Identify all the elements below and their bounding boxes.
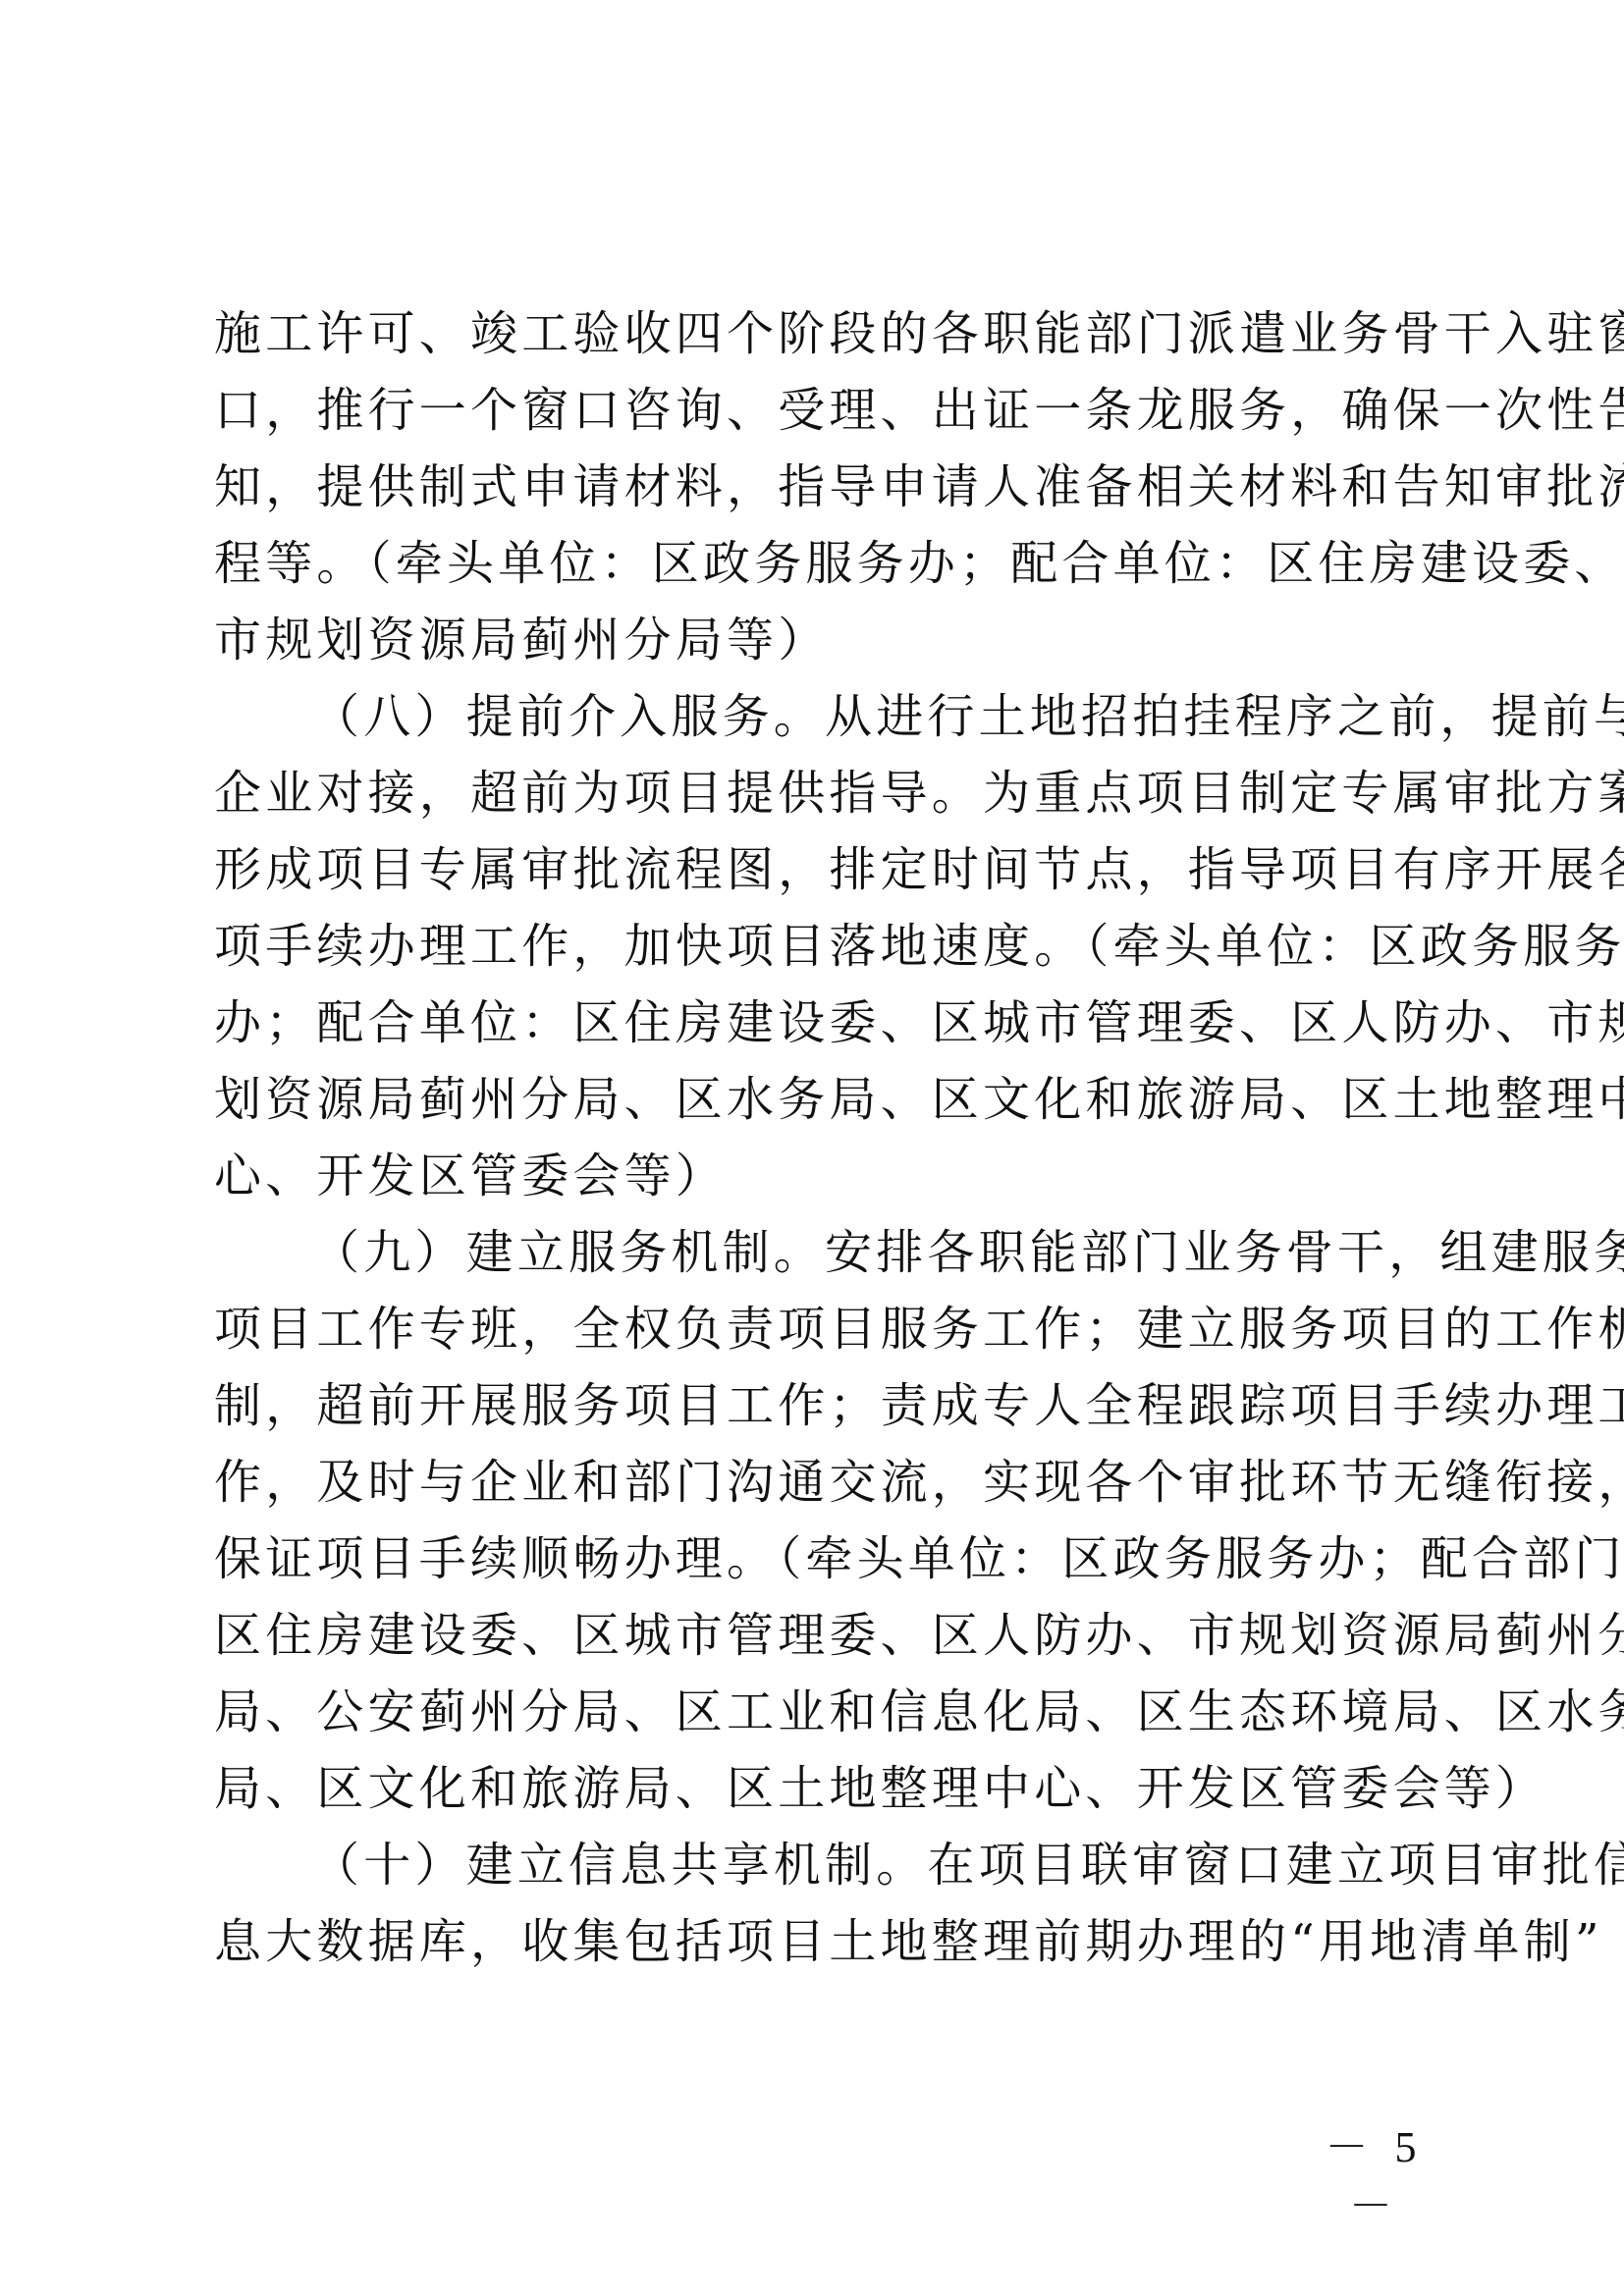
section-heading-line-9: （九）建立服务机制。安排各职能部门业务骨干，组建服务 — [312, 1214, 1418, 1291]
page-number: － 5 － — [1306, 2118, 1443, 2177]
body-line: 办；配合单位：区住房建设委、区城市管理委、区人防办、市规 — [214, 985, 1418, 1061]
body-line: 口，推行一个窗口咨询、受理、出证一条龙服务，确保一次性告 — [214, 372, 1418, 449]
body-line: 保证项目手续顺畅办理。（牵头单位：区政务服务办；配合部门： — [214, 1521, 1418, 1597]
body-line: 心、开发区管委会等） — [214, 1138, 1418, 1214]
body-line: 知，提供制式申请材料，指导申请人准备相关材料和告知审批流 — [214, 449, 1418, 525]
body-line: 制，超前开展服务项目工作；责成专人全程跟踪项目手续办理工 — [214, 1367, 1418, 1444]
document-page: 施工许可、竣工验收四个阶段的各职能部门派遣业务骨干入驻窗 口，推行一个窗口咨询、… — [0, 0, 1624, 2296]
body-line: 作，及时与企业和部门沟通交流，实现各个审批环节无缝衔接， — [214, 1444, 1418, 1521]
body-line: 划资源局蓟州分局、区水务局、区文化和旅游局、区土地整理中 — [214, 1061, 1418, 1138]
body-line: 息大数据库，收集包括项目土地整理前期办理的“用地清单制” — [214, 1903, 1418, 1980]
body-line: 项目工作专班，全权负责项目服务工作；建立服务项目的工作机 — [214, 1291, 1418, 1367]
body-line: 企业对接，超前为项目提供指导。为重点项目制定专属审批方案， — [214, 755, 1418, 831]
body-line: 区住房建设委、区城市管理委、区人防办、市规划资源局蓟州分 — [214, 1597, 1418, 1674]
body-line: 施工许可、竣工验收四个阶段的各职能部门派遣业务骨干入驻窗 — [214, 295, 1418, 372]
section-heading-line-8: （八）提前介入服务。从进行土地招拍挂程序之前，提前与 — [312, 678, 1418, 755]
section-heading-line-10: （十）建立信息共享机制。在项目联审窗口建立项目审批信 — [312, 1827, 1418, 1903]
body-line: 形成项目专属审批流程图，排定时间节点，指导项目有序开展各 — [214, 831, 1418, 908]
body-line: 局、区文化和旅游局、区土地整理中心、开发区管委会等） — [214, 1750, 1418, 1827]
body-line: 局、公安蓟州分局、区工业和信息化局、区生态环境局、区水务 — [214, 1674, 1418, 1750]
body-line: 市规划资源局蓟州分局等） — [214, 602, 1418, 678]
body-line: 项手续办理工作，加快项目落地速度。（牵头单位：区政务服务 — [214, 908, 1418, 985]
body-line: 程等。（牵头单位：区政务服务办；配合单位：区住房建设委、 — [214, 525, 1418, 602]
